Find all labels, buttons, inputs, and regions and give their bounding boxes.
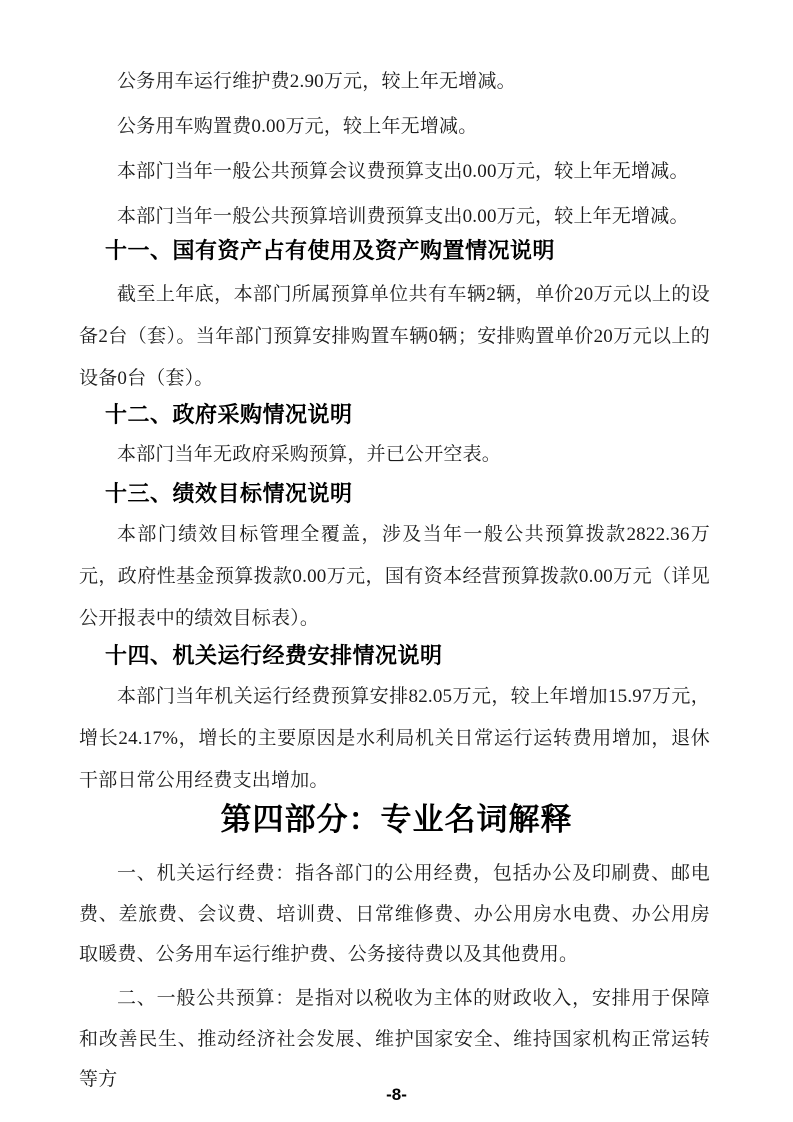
section-heading-12-procurement: 十二、政府采购情况说明 bbox=[79, 400, 710, 430]
paragraph-training-fee-budget: 本部门当年一般公共预算培训费预算支出0.00万元，较上年无增减。 bbox=[79, 196, 710, 238]
page-number: -8- bbox=[0, 1085, 793, 1105]
paragraph-term-operating-expenses: 一、机关运行经费：指各部门的公用经费，包括办公及印刷费、邮电费、差旅费、会议费、… bbox=[79, 854, 710, 976]
paragraph-state-assets-detail: 截至上年底，本部门所属预算单位共有车辆2辆，单价20万元以上的设备2台（套）。当… bbox=[79, 274, 710, 400]
paragraph-performance-targets-detail: 本部门绩效目标管理全覆盖，涉及当年一般公共预算拨款2822.36万元，政府性基金… bbox=[79, 514, 710, 640]
section-heading-11-state-assets: 十一、国有资产占有使用及资产购置情况说明 bbox=[79, 236, 710, 266]
section-heading-14-operating-expenses: 十四、机关运行经费安排情况说明 bbox=[79, 641, 710, 671]
paragraph-vehicle-purchase-fee: 公务用车购置费0.00万元，较上年无增减。 bbox=[79, 106, 710, 148]
part-title-terminology: 第四部分：专业名词解释 bbox=[0, 798, 793, 842]
paragraph-vehicle-maintenance-fee: 公务用车运行维护费2.90万元，较上年无增减。 bbox=[79, 61, 710, 103]
paragraph-meeting-fee-budget: 本部门当年一般公共预算会议费预算支出0.00万元，较上年无增减。 bbox=[79, 151, 710, 193]
document-page: 公务用车运行维护费2.90万元，较上年无增减。 公务用车购置费0.00万元，较上… bbox=[0, 0, 793, 1122]
paragraph-procurement-detail: 本部门当年无政府采购预算，并已公开空表。 bbox=[79, 434, 710, 476]
paragraph-term-general-public-budget: 二、一般公共预算：是指对以税收为主体的财政收入，安排用于保障和改善民生、推动经济… bbox=[79, 979, 710, 1101]
section-heading-13-performance-targets: 十三、绩效目标情况说明 bbox=[79, 479, 710, 509]
paragraph-operating-expenses-detail: 本部门当年机关运行经费预算安排82.05万元，较上年增加15.97万元，增长24… bbox=[79, 676, 710, 802]
